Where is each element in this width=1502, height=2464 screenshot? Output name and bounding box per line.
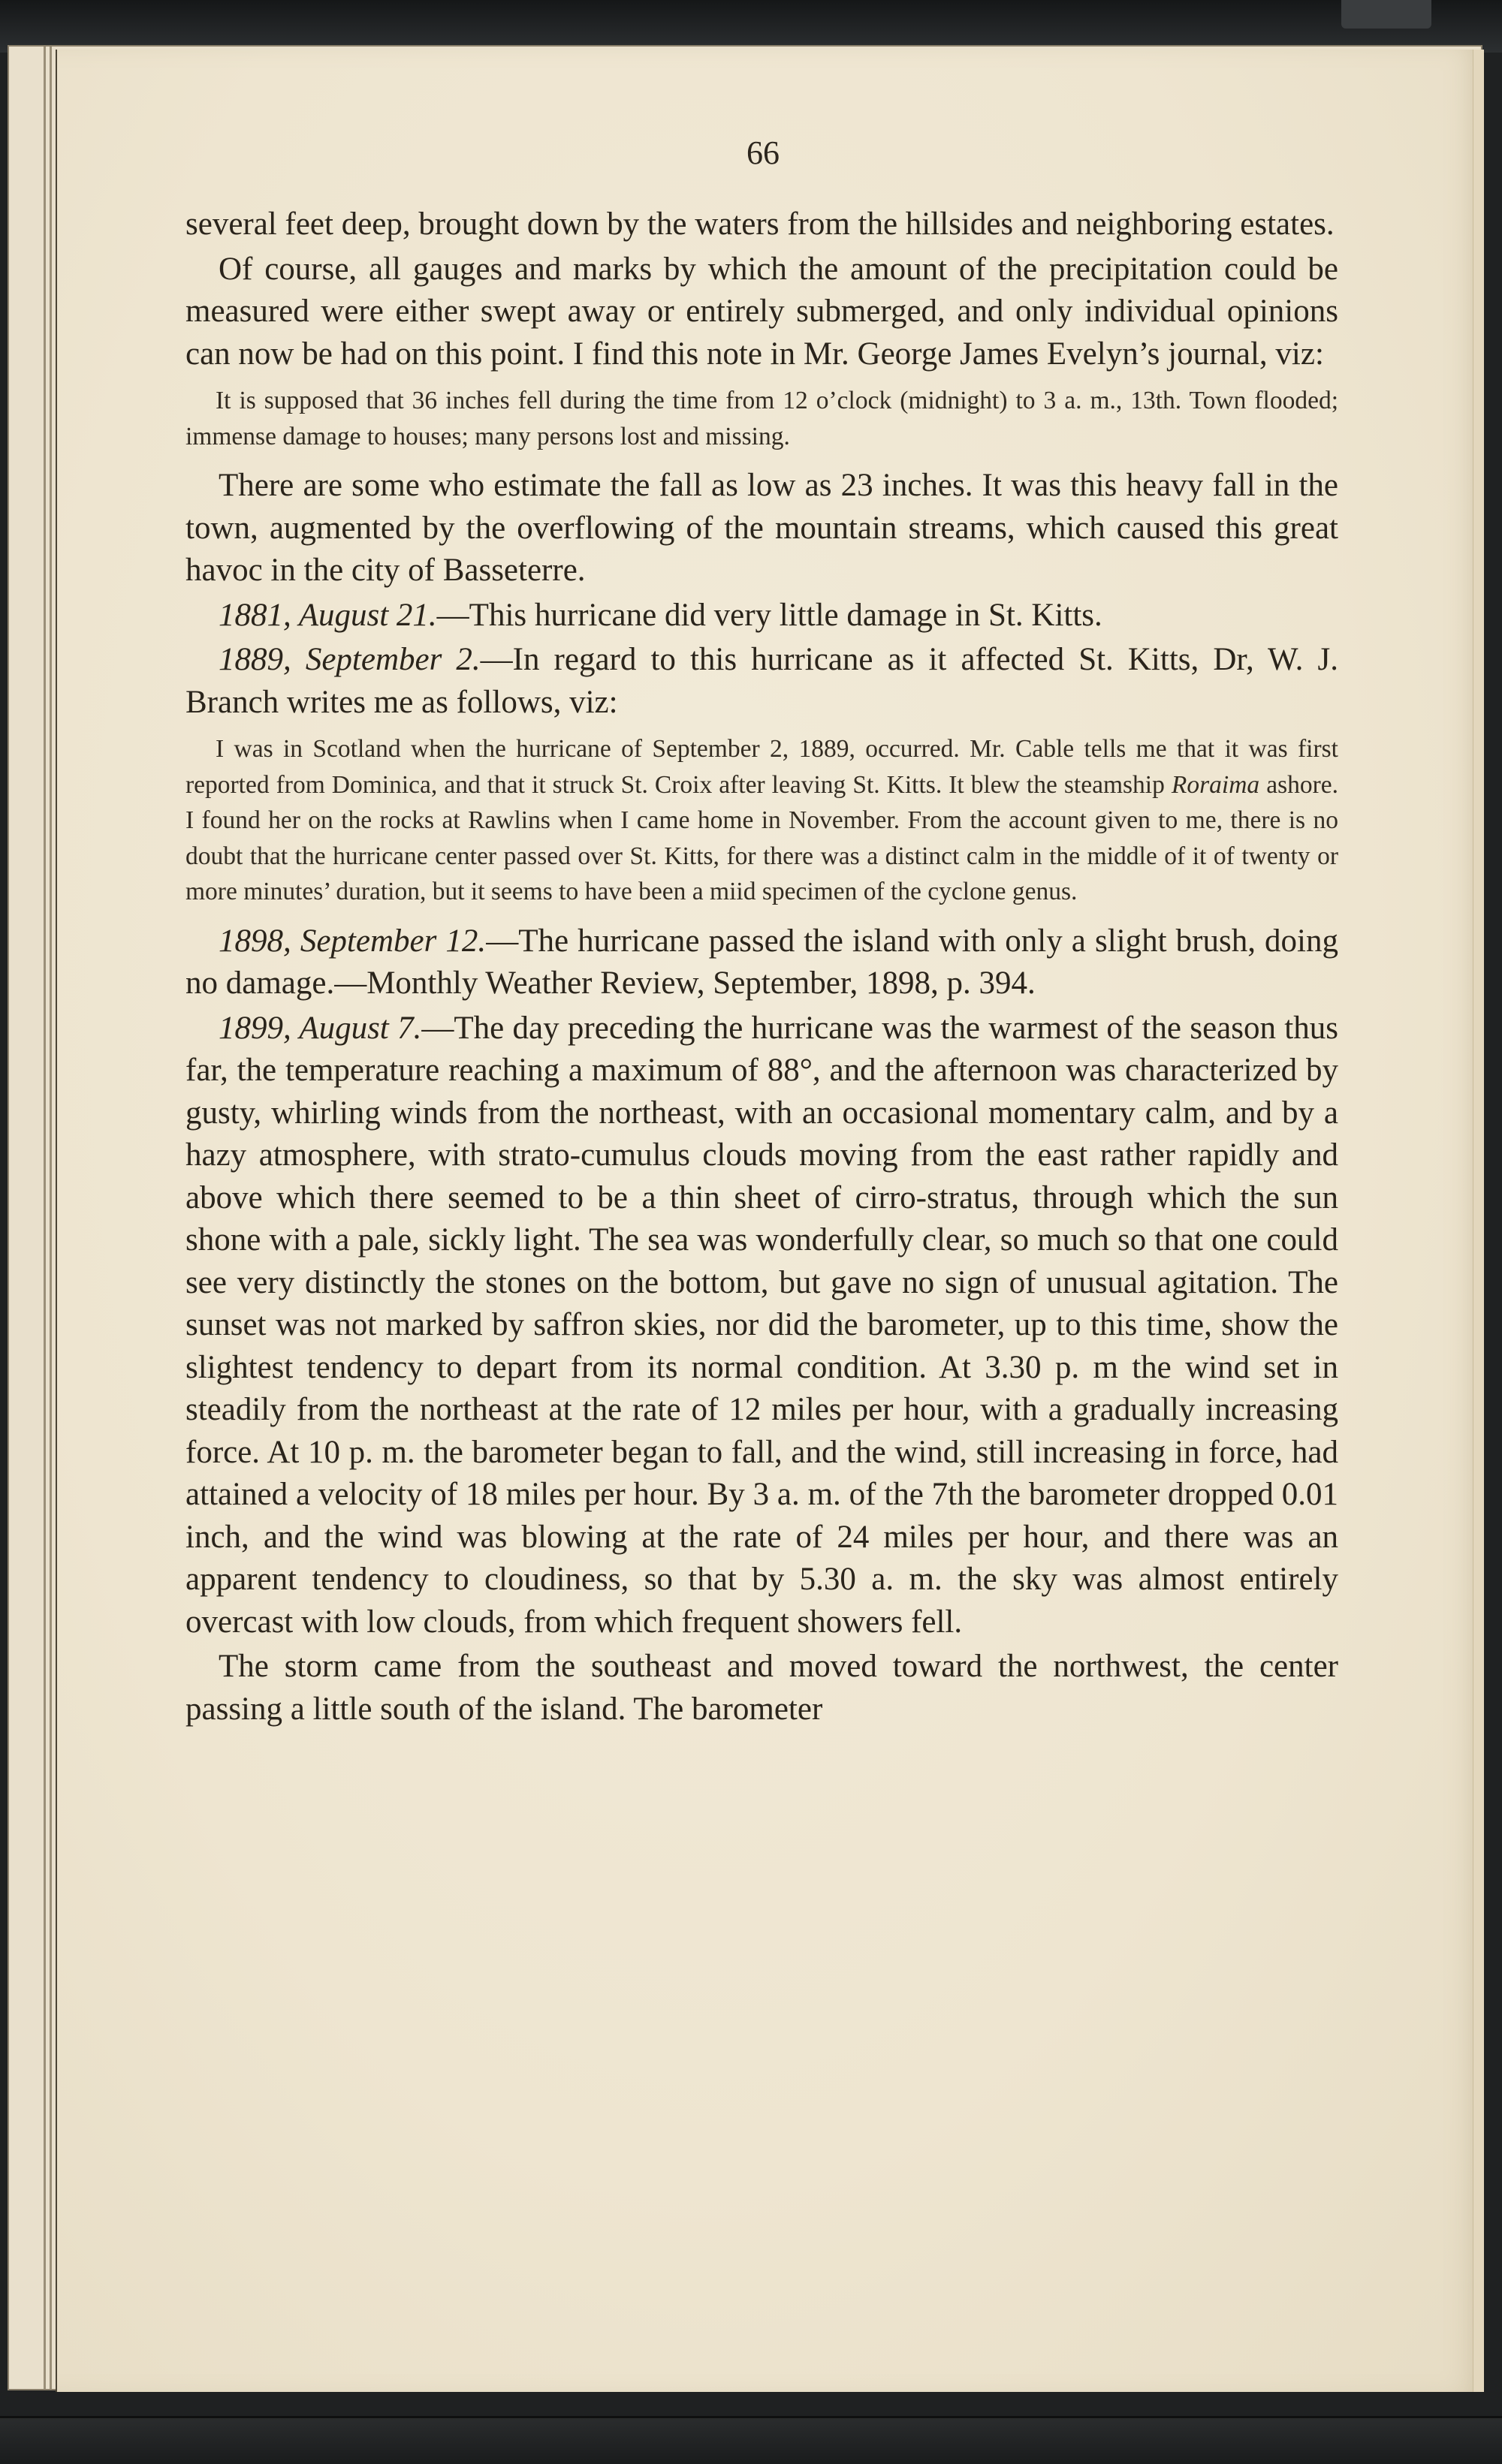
entry-1889: 1889, September 2.—In regard to this hur… — [185, 639, 1338, 724]
entry-date: 1881, August 21. — [219, 598, 437, 633]
quote-evelyn-journal: It is supposed that 36 inches fell durin… — [185, 383, 1338, 454]
entry-1898: 1898, September 12.—The hurricane passed… — [185, 920, 1338, 1005]
entry-1881: 1881, August 21.—This hurricane did very… — [185, 595, 1338, 637]
entry-date: 1898, September 12. — [219, 923, 486, 959]
book-cover-bottom — [0, 2416, 1502, 2464]
page-stack-edge — [50, 47, 52, 2389]
ship-name: Roraima — [1172, 771, 1259, 799]
paragraph-estimate: There are some who estimate the fall as … — [185, 465, 1338, 592]
paragraph-storm-track: The storm came from the southeast and mo… — [185, 1646, 1338, 1731]
quote-branch-letter: I was in Scotland when the hurricane of … — [185, 731, 1338, 910]
entry-date: 1899, August 7. — [219, 1011, 421, 1046]
entry-1899: 1899, August 7.—The day preceding the hu… — [185, 1008, 1338, 1644]
book-page: 66 several feet deep, brought down by th… — [56, 50, 1484, 2392]
page-stack-edge — [44, 47, 46, 2389]
paragraph-gauges: Of course, all gauges and marks by which… — [185, 249, 1338, 376]
cover-tab — [1341, 0, 1431, 29]
entry-date: 1889, September 2. — [219, 642, 481, 677]
entry-text: —The day preceding the hurricane was the… — [185, 1011, 1338, 1640]
entry-text: —This hurricane did very little damage i… — [437, 598, 1102, 633]
page-number: 66 — [57, 134, 1469, 172]
paragraph-continuation: several feet deep, brought down by the w… — [185, 203, 1338, 246]
page-content: several feet deep, brought down by the w… — [185, 203, 1338, 1733]
page-fore-edge — [1473, 50, 1484, 2392]
quote-text: I was in Scotland when the hurricane of … — [185, 735, 1338, 799]
